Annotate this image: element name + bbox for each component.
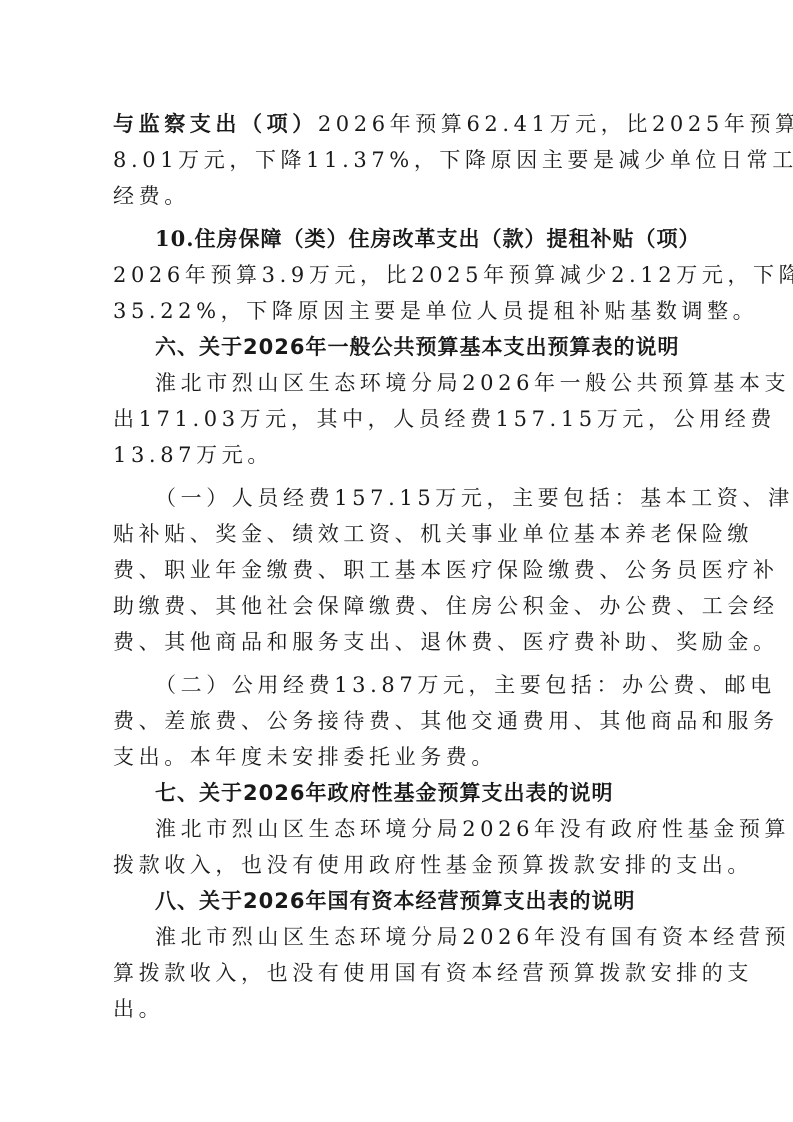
text-line: 8.01万元，下降11.37%，下降原因主要是减少单位日常工作 [113,142,681,178]
paragraph-public-expenses: （二）公用经费13.87万元，主要包括：办公费、邮电 费、差旅费、公务接待费、其… [113,667,681,775]
text-line: 费、职业年金缴费、职工基本医疗保险缴费、公务员医疗补 [113,552,681,588]
text-line: 出171.03万元，其中，人员经费157.15万元，公用经费 [113,401,681,437]
section-heading-6: 六、关于2026年一般公共预算基本支出预算表的说明 [113,329,681,365]
paragraph-personnel-expenses: （一）人员经费157.15万元，主要包括：基本工资、津 贴补贴、奖金、绩效工资、… [113,480,681,660]
item-title: 与监察支出（项） [113,111,318,136]
text-line: 与监察支出（项）2026年预算62.41万元，比2025年预算减少 [113,106,681,142]
item-title: 10.住房保障（类）住房改革支出（款）提租补贴（项） [155,226,701,251]
item-title-line: 10.住房保障（类）住房改革支出（款）提租补贴（项） [113,221,681,257]
text-line: 经费。 [113,178,681,214]
document-page: 与监察支出（项）2026年预算62.41万元，比2025年预算减少 8.01万元… [113,106,681,1027]
text-line: 35.22%，下降原因主要是单位人员提租补贴基数调整。 [113,293,681,329]
paragraph-government-fund: 淮北市烈山区生态环境分局2026年没有政府性基金预算 拨款收入，也没有使用政府性… [113,811,681,883]
text-line: 淮北市烈山区生态环境分局2026年一般公共预算基本支 [113,365,681,401]
text-line: 算拨款收入，也没有使用国有资本经营预算拨款安排的支 [113,955,681,991]
text-line: 拨款收入，也没有使用政府性基金预算拨款安排的支出。 [113,847,681,883]
paragraph-housing-subsidy: 10.住房保障（类）住房改革支出（款）提租补贴（项） 2026年预算3.9万元，… [113,221,681,329]
text-line: 贴补贴、奖金、绩效工资、机关事业单位基本养老保险缴 [113,516,681,552]
text-line: 淮北市烈山区生态环境分局2026年没有国有资本经营预 [113,919,681,955]
section-heading-7: 七、关于2026年政府性基金预算支出表的说明 [113,775,681,811]
text-line: 费、差旅费、公务接待费、其他交通费用、其他商品和服务 [113,703,681,739]
section-heading-8: 八、关于2026年国有资本经营预算支出表的说明 [113,883,681,919]
text-line: 出。 [113,991,681,1027]
text-line: （二）公用经费13.87万元，主要包括：办公费、邮电 [113,667,681,703]
text-line: 助缴费、其他社会保障缴费、住房公积金、办公费、工会经 [113,588,681,624]
text-line: （一）人员经费157.15万元，主要包括：基本工资、津 [113,480,681,516]
paragraph-state-capital: 淮北市烈山区生态环境分局2026年没有国有资本经营预 算拨款收入，也没有使用国有… [113,919,681,1027]
text-line: 支出。本年度未安排委托业务费。 [113,739,681,775]
text-line: 费、其他商品和服务支出、退休费、医疗费补助、奖励金。 [113,624,681,660]
text-line: 淮北市烈山区生态环境分局2026年没有政府性基金预算 [113,811,681,847]
paragraph-supervision-expenditure: 与监察支出（项）2026年预算62.41万元，比2025年预算减少 8.01万元… [113,106,681,214]
text-line: 13.87万元。 [113,437,681,473]
text-line: 2026年预算3.9万元，比2025年预算减少2.12万元，下降 [113,257,681,293]
paragraph-basic-expenditure-summary: 淮北市烈山区生态环境分局2026年一般公共预算基本支 出171.03万元，其中，… [113,365,681,473]
